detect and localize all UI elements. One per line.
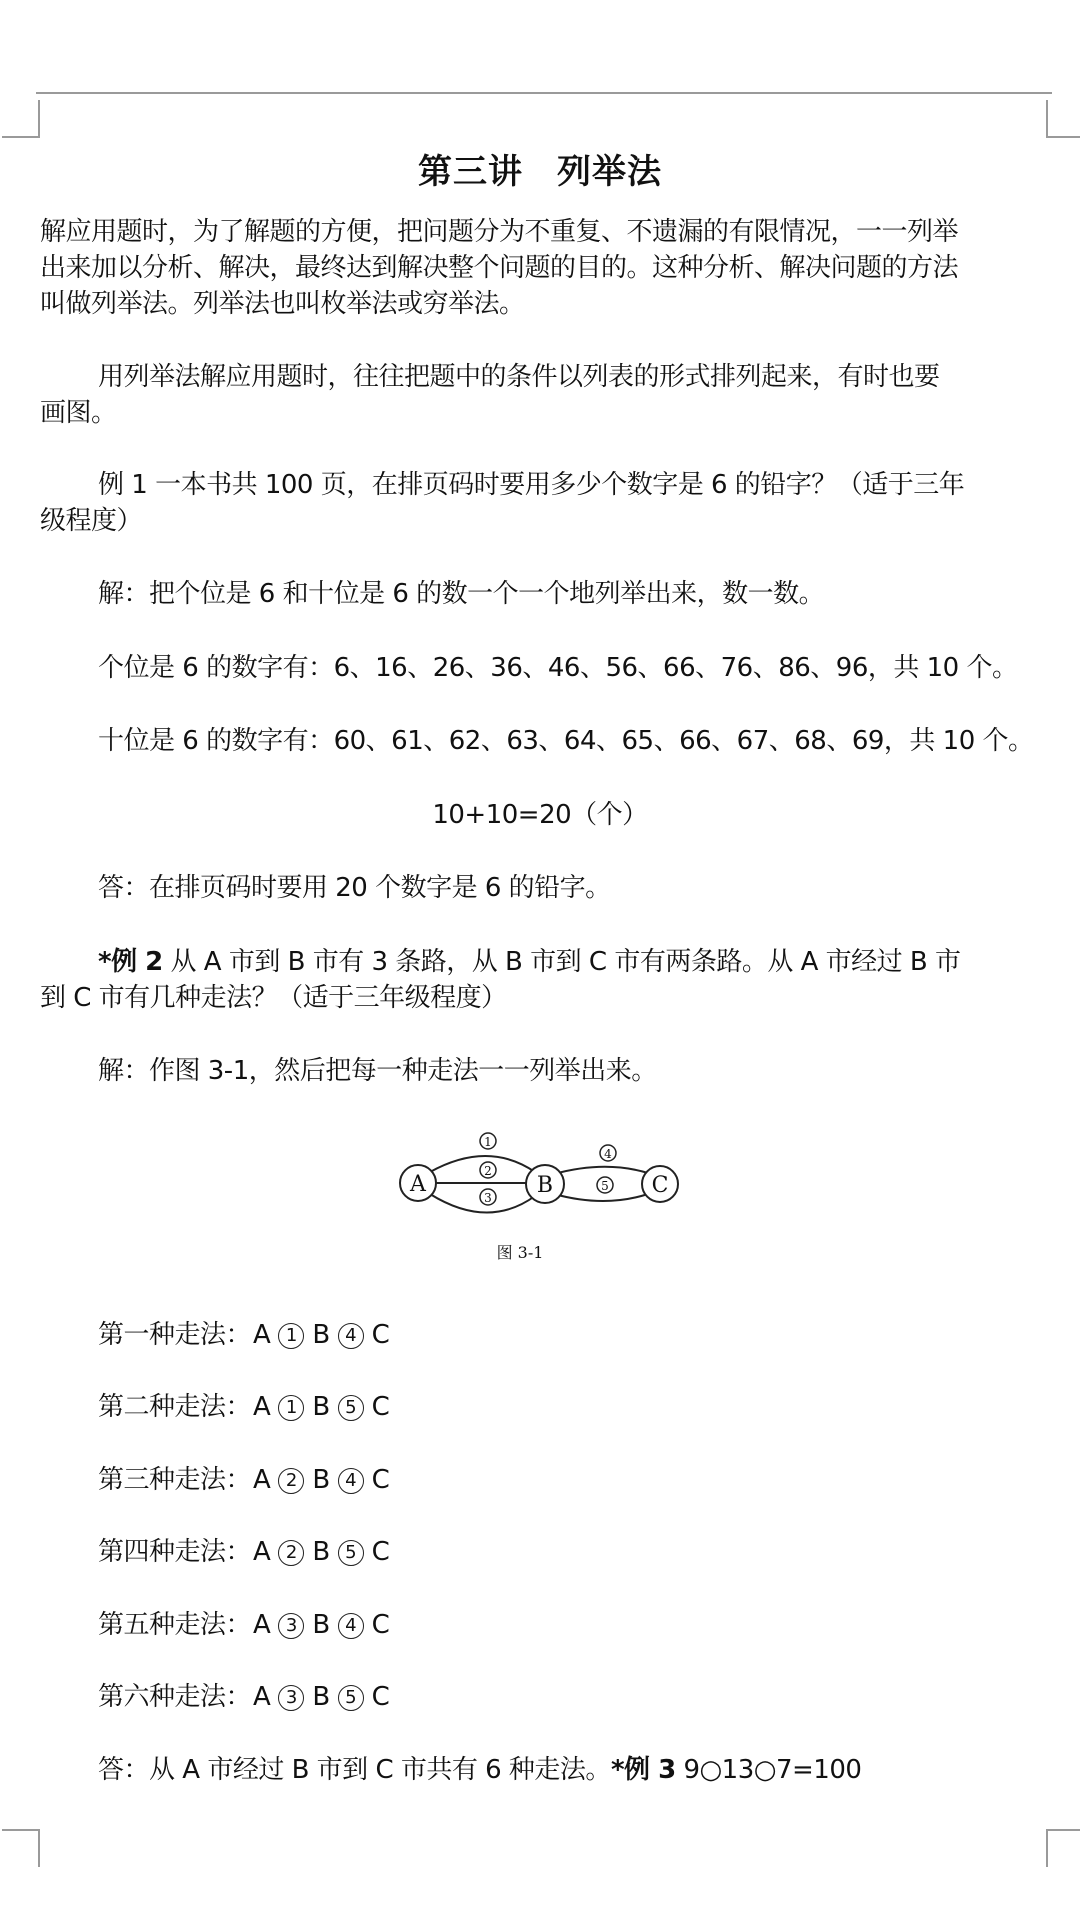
intro-line-3: 叫做列举法。列举法也叫枚举法或穷举法。 bbox=[40, 286, 525, 322]
route-mid: B bbox=[312, 1610, 329, 1640]
route-5: 第五种走法：A3B4C bbox=[98, 1607, 391, 1643]
route-label: 第二种走法： bbox=[98, 1392, 251, 1422]
route-to: C bbox=[372, 1682, 390, 1712]
path-number-circle: 4 bbox=[338, 1468, 364, 1494]
crop-mark-top-left-h bbox=[2, 136, 40, 138]
route-from: A bbox=[253, 1537, 270, 1567]
path-4-line bbox=[554, 1167, 648, 1174]
route-label: 第四种走法： bbox=[98, 1537, 251, 1567]
node-b-label: B bbox=[537, 1173, 553, 1198]
example3-label: *例 3 bbox=[611, 1755, 676, 1785]
crop-mark-bottom-left-v bbox=[38, 1829, 40, 1867]
example1-tens-line: 十位是 6 的数字有：60、61、62、63、64、65、66、67、68、69… bbox=[98, 723, 1034, 759]
route-to: C bbox=[372, 1610, 390, 1640]
intro-line-2: 出来加以分析、解决，最终达到解决整个问题的目的。这种分析、解决问题的方法 bbox=[40, 250, 958, 286]
path-number-circle: 1 bbox=[278, 1395, 304, 1421]
crop-mark-top-right-h bbox=[1046, 136, 1080, 138]
crop-mark-bottom-right-h bbox=[1046, 1829, 1080, 1831]
route-to: C bbox=[372, 1392, 390, 1422]
node-c-label: C bbox=[652, 1173, 669, 1198]
path-2-label: 2 bbox=[484, 1164, 492, 1178]
method-line-1: 用列举法解应用题时，往往把题中的条件以列表的形式排列起来，有时也要 bbox=[98, 359, 940, 395]
route-from: A bbox=[253, 1682, 270, 1712]
path-number-circle: 5 bbox=[338, 1395, 364, 1421]
figure-3-1-route-diagram: A B C 1 2 3 4 5 图 3-1 bbox=[390, 1110, 700, 1280]
example3-expression: 9○13○7=100 bbox=[676, 1755, 862, 1785]
path-number-circle: 3 bbox=[278, 1613, 304, 1639]
path-number-circle: 4 bbox=[338, 1613, 364, 1639]
route-mid: B bbox=[312, 1320, 329, 1350]
route-mid: B bbox=[312, 1682, 329, 1712]
route-to: C bbox=[372, 1320, 390, 1350]
example2-solution-intro: 解：作图 3-1，然后把每一种走法一一列举出来。 bbox=[98, 1053, 657, 1089]
path-number-circle: 3 bbox=[278, 1685, 304, 1711]
crop-mark-bottom-right-v bbox=[1046, 1829, 1048, 1867]
crop-mark-top-right-v bbox=[1046, 100, 1048, 138]
route-label: 第三种走法： bbox=[98, 1465, 251, 1495]
example2-label: *例 2 bbox=[98, 947, 163, 977]
example1-solution-intro: 解：把个位是 6 和十位是 6 的数一个一个地列举出来，数一数。 bbox=[98, 576, 824, 612]
figure-caption: 图 3-1 bbox=[497, 1243, 544, 1262]
path-number-circle: 2 bbox=[278, 1540, 304, 1566]
route-from: A bbox=[253, 1610, 270, 1640]
route-from: A bbox=[253, 1465, 270, 1495]
path-4-label: 4 bbox=[604, 1147, 612, 1161]
example1-calculation: 10+10=20（个） bbox=[0, 797, 1080, 833]
route-mid: B bbox=[312, 1537, 329, 1567]
title-part-1: 第三讲 bbox=[418, 152, 523, 192]
path-number-circle: 4 bbox=[338, 1323, 364, 1349]
route-2: 第二种走法：A1B5C bbox=[98, 1389, 391, 1425]
route-to: C bbox=[372, 1465, 390, 1495]
crop-mark-bottom-left-h bbox=[2, 1829, 40, 1831]
example1-question-line-2: 级程度） bbox=[40, 503, 142, 539]
path-3-label: 3 bbox=[484, 1191, 492, 1205]
route-from: A bbox=[253, 1392, 270, 1422]
route-mid: B bbox=[312, 1465, 329, 1495]
route-4: 第四种走法：A2B5C bbox=[98, 1534, 391, 1570]
example1-question-line-1: 例 1 一本书共 100 页，在排页码时要用多少个数字是 6 的铅字？（适于三年 bbox=[98, 467, 964, 503]
route-6: 第六种走法：A3B5C bbox=[98, 1679, 391, 1715]
route-to: C bbox=[372, 1537, 390, 1567]
route-mid: B bbox=[312, 1392, 329, 1422]
route-label: 第五种走法： bbox=[98, 1610, 251, 1640]
path-number-circle: 1 bbox=[278, 1323, 304, 1349]
example2-answer-line: 答：从 A 市经过 B 市到 C 市共有 6 种走法。*例 3 9○13○7=1… bbox=[98, 1752, 861, 1788]
path-5-line bbox=[554, 1194, 648, 1201]
path-number-circle: 5 bbox=[338, 1540, 364, 1566]
route-label: 第一种走法： bbox=[98, 1320, 251, 1350]
node-a-label: A bbox=[409, 1172, 427, 1197]
example2-answer: 答：从 A 市经过 B 市到 C 市共有 6 种走法。 bbox=[98, 1755, 611, 1785]
route-from: A bbox=[253, 1320, 270, 1350]
example2-question-text: 从 A 市到 B 市有 3 条路，从 B 市到 C 市有两条路。从 A 市经过 … bbox=[163, 947, 961, 977]
route-diagram-svg: A B C 1 2 3 4 5 图 3-1 bbox=[390, 1110, 700, 1280]
path-5-label: 5 bbox=[601, 1179, 609, 1193]
intro-line-1: 解应用题时，为了解题的方便，把问题分为不重复、不遗漏的有限情况，一一列举 bbox=[40, 214, 958, 250]
path-number-circle: 2 bbox=[278, 1468, 304, 1494]
crop-mark-top-left-v bbox=[38, 100, 40, 138]
path-number-circle: 5 bbox=[338, 1685, 364, 1711]
example1-units-line: 个位是 6 的数字有：6、16、26、36、46、56、66、76、86、96，… bbox=[98, 650, 1017, 686]
example1-answer: 答：在排页码时要用 20 个数字是 6 的铅字。 bbox=[98, 870, 611, 906]
page-title: 第三讲列举法 bbox=[0, 150, 1080, 194]
title-part-2: 列举法 bbox=[557, 152, 662, 192]
route-1: 第一种走法：A1B4C bbox=[98, 1317, 391, 1353]
method-line-2: 画图。 bbox=[40, 395, 117, 431]
example2-question-line-2: 到 C 市有几种走法？（适于三年级程度） bbox=[40, 980, 507, 1016]
header-rule bbox=[36, 92, 1052, 94]
path-1-label: 1 bbox=[484, 1135, 492, 1149]
route-label: 第六种走法： bbox=[98, 1682, 251, 1712]
route-3: 第三种走法：A2B4C bbox=[98, 1462, 391, 1498]
example2-question-line-1: *例 2 从 A 市到 B 市有 3 条路，从 B 市到 C 市有两条路。从 A… bbox=[98, 944, 961, 980]
